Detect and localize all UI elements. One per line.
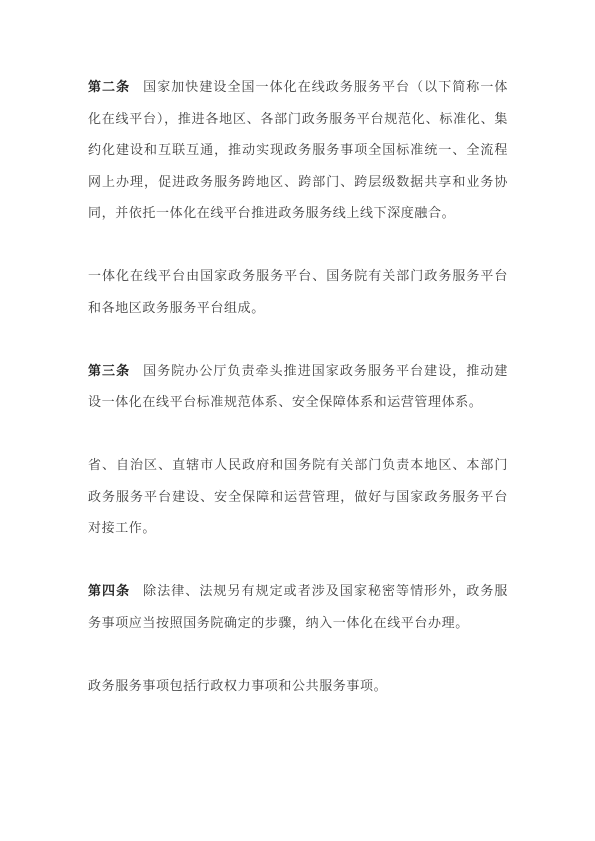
paragraph-local-responsibility: 省、自治区、直辖市人民政府和国务院有关部门负责本地区、本部门政务服务平台建设、安…: [88, 449, 508, 544]
paragraph-service-items: 政务服务事项包括行政权力事项和公共服务事项。: [88, 670, 508, 702]
paragraph-article-2: 第二条国家加快建设全国一体化在线政务服务平台（以下简称一体化在线平台），推进各地…: [88, 71, 508, 229]
paragraph-text: 国务院办公厅负责牵头推进国家政务服务平台建设，推动建设一体化在线平台标准规范体系…: [88, 363, 508, 410]
article-3-number: 第三条: [88, 363, 130, 378]
paragraph-text: 一体化在线平台由国家政务服务平台、国务院有关部门政务服务平台和各地区政务服务平台…: [88, 268, 508, 315]
paragraph-article-3: 第三条国务院办公厅负责牵头推进国家政务服务平台建设，推动建设一体化在线平台标准规…: [88, 355, 508, 418]
paragraph-text: 国家加快建设全国一体化在线政务服务平台（以下简称一体化在线平台），推进各地区、各…: [88, 79, 508, 220]
paragraph-text: 除法律、法规另有规定或者涉及国家秘密等情形外，政务服务事项应当按照国务院确定的步…: [88, 583, 508, 630]
document-page: 第二条国家加快建设全国一体化在线政务服务平台（以下简称一体化在线平台），推进各地…: [0, 0, 595, 841]
article-4-number: 第四条: [88, 583, 130, 598]
paragraph-platform-composition: 一体化在线平台由国家政务服务平台、国务院有关部门政务服务平台和各地区政务服务平台…: [88, 260, 508, 323]
paragraph-article-4: 第四条除法律、法规另有规定或者涉及国家秘密等情形外，政务服务事项应当按照国务院确…: [88, 575, 508, 638]
paragraph-text: 省、自治区、直辖市人民政府和国务院有关部门负责本地区、本部门政务服务平台建设、安…: [88, 457, 508, 535]
paragraph-text: 政务服务事项包括行政权力事项和公共服务事项。: [88, 678, 387, 693]
article-2-number: 第二条: [88, 79, 130, 94]
document-viewport: { "document": { "background_color": "#ff…: [0, 0, 595, 841]
